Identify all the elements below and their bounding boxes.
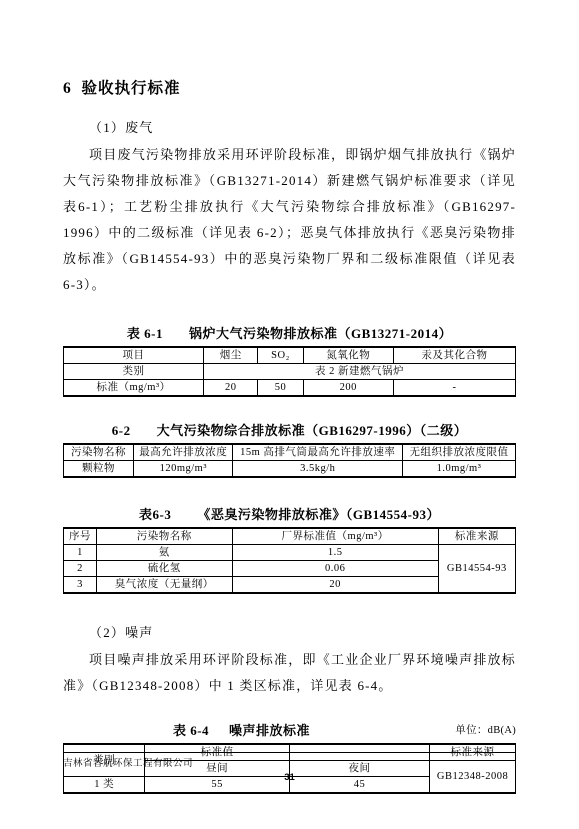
table-row: 项目 烟尘 SO₂ 氮氧化物 汞及其化合物 [64, 347, 516, 364]
table-6-2-block: 6-2 大气污染物综合排放标准（GB16297-1996）（二级） 污染物名称 … [63, 420, 516, 478]
table-6-1-label: 表 6-1 [127, 323, 163, 342]
table-cell: 类别 [64, 364, 204, 380]
table-cell: 3 [64, 577, 97, 594]
document-page: 6 验收执行标准 （1）废气 项目废气污染物排放采用环评阶段标准，即锅炉烟气排放… [0, 0, 579, 829]
column-header: 污染物名称 [64, 444, 134, 461]
table-cell: 20 [232, 577, 438, 594]
table-row: 类别 表 2 新建燃气锅炉 [64, 364, 516, 380]
table-6-1: 项目 烟尘 SO₂ 氮氧化物 汞及其化合物 类别 表 2 新建燃气锅炉 标准（m… [63, 346, 516, 397]
table-cell: - [393, 380, 515, 397]
page-footer: 吉林省晋航环保工程有限公司 31 [63, 752, 516, 783]
table-6-3: 序号 污染物名称 厂界标准值（mg/m³） 标准来源 1 氨 1.5 GB145… [63, 527, 516, 594]
column-header: 汞及其化合物 [393, 347, 515, 364]
table-cell: 0.06 [232, 561, 438, 577]
column-header: 标准来源 [438, 528, 515, 545]
table-6-4-label: 表 6-4 [173, 720, 209, 739]
table-cell: 表 2 新建燃气锅炉 [204, 364, 516, 380]
table-cell: 氨 [96, 545, 232, 561]
table-6-4-unit: 单位：dB(A) [455, 722, 516, 737]
table-cell: 2 [64, 561, 97, 577]
waste-gas-paragraph: 项目废气污染物排放采用环评阶段标准，即锅炉烟气排放执行《锅炉大气污染物排放标准》… [63, 142, 516, 298]
table-6-2-caption: 大气污染物综合排放标准（GB16297-1996）（二级） [157, 420, 468, 439]
table-cell: 20 [204, 380, 258, 397]
table-6-3-block: 表6-3 《恶臭污染物排放标准》（GB14554-93） 序号 污染物名称 厂界… [63, 504, 516, 594]
table-row: 污染物名称 最高允许排放浓度 15m 高排气筒最高允许排放速率 无组织排放浓度限… [64, 444, 516, 461]
table-cell: 臭气浓度（无量纲） [96, 577, 232, 594]
table-6-4-title: 表 6-4 噪声排放标准 单位：dB(A) [63, 720, 516, 739]
column-header: 最高允许排放浓度 [134, 444, 233, 461]
table-cell: 120mg/m³ [134, 461, 233, 478]
column-header: SO₂ [258, 347, 303, 364]
page-content: 6 验收执行标准 （1）废气 项目废气污染物排放采用环评阶段标准，即锅炉烟气排放… [63, 0, 516, 794]
table-6-1-block: 表 6-1 锅炉大气污染物排放标准（GB13271-2014） 项目 烟尘 SO… [63, 323, 516, 397]
column-header: 烟尘 [204, 347, 258, 364]
table-row: 标准（mg/m³） 20 50 200 - [64, 380, 516, 397]
table-cell: 3.5kg/h [233, 461, 403, 478]
subsection-title-waste-gas: （1）废气 [63, 118, 516, 137]
table-cell: 1 [64, 545, 97, 561]
table-6-4-caption: 噪声排放标准 [229, 720, 310, 739]
page-number: 31 [63, 772, 516, 783]
table-6-3-title: 表6-3 《恶臭污染物排放标准》（GB14554-93） [63, 504, 516, 523]
table-6-3-caption: 《恶臭污染物排放标准》（GB14554-93） [197, 504, 440, 523]
table-cell: 1.5 [232, 545, 438, 561]
column-header: 污染物名称 [96, 528, 232, 545]
table-6-3-label: 表6-3 [139, 504, 171, 523]
table-6-2-title: 6-2 大气污染物综合排放标准（GB16297-1996）（二级） [63, 420, 516, 439]
table-cell: 1.0mg/m³ [402, 461, 515, 478]
noise-paragraph: 项目噪声排放采用环评阶段标准，即《工业企业厂界环境噪声排放标准》（GB12348… [63, 647, 516, 699]
footer-company-name: 吉林省晋航环保工程有限公司 [63, 753, 516, 769]
table-cell: 标准（mg/m³） [64, 380, 204, 397]
table-cell: 颗粒物 [64, 461, 134, 478]
column-header: 项目 [64, 347, 204, 364]
column-header: 氮氧化物 [303, 347, 393, 364]
table-cell: 50 [258, 380, 303, 397]
table-cell: 200 [303, 380, 393, 397]
section-heading: 6 验收执行标准 [63, 0, 516, 98]
column-header: 序号 [64, 528, 97, 545]
table-cell-source: GB14554-93 [438, 545, 515, 594]
column-header: 15m 高排气筒最高允许排放速率 [233, 444, 403, 461]
table-6-1-title: 表 6-1 锅炉大气污染物排放标准（GB13271-2014） [63, 323, 516, 342]
table-row: 颗粒物 120mg/m³ 3.5kg/h 1.0mg/m³ [64, 461, 516, 478]
column-header: 无组织排放浓度限值 [402, 444, 515, 461]
table-6-2: 污染物名称 最高允许排放浓度 15m 高排气筒最高允许排放速率 无组织排放浓度限… [63, 443, 516, 478]
table-6-1-caption: 锅炉大气污染物排放标准（GB13271-2014） [189, 323, 452, 342]
table-cell: 硫化氢 [96, 561, 232, 577]
table-6-2-label: 6-2 [112, 423, 131, 439]
subsection-title-noise: （2）噪声 [63, 623, 516, 642]
column-header: 厂界标准值（mg/m³） [232, 528, 438, 545]
table-row: 1 氨 1.5 GB14554-93 [64, 545, 516, 561]
table-row: 序号 污染物名称 厂界标准值（mg/m³） 标准来源 [64, 528, 516, 545]
